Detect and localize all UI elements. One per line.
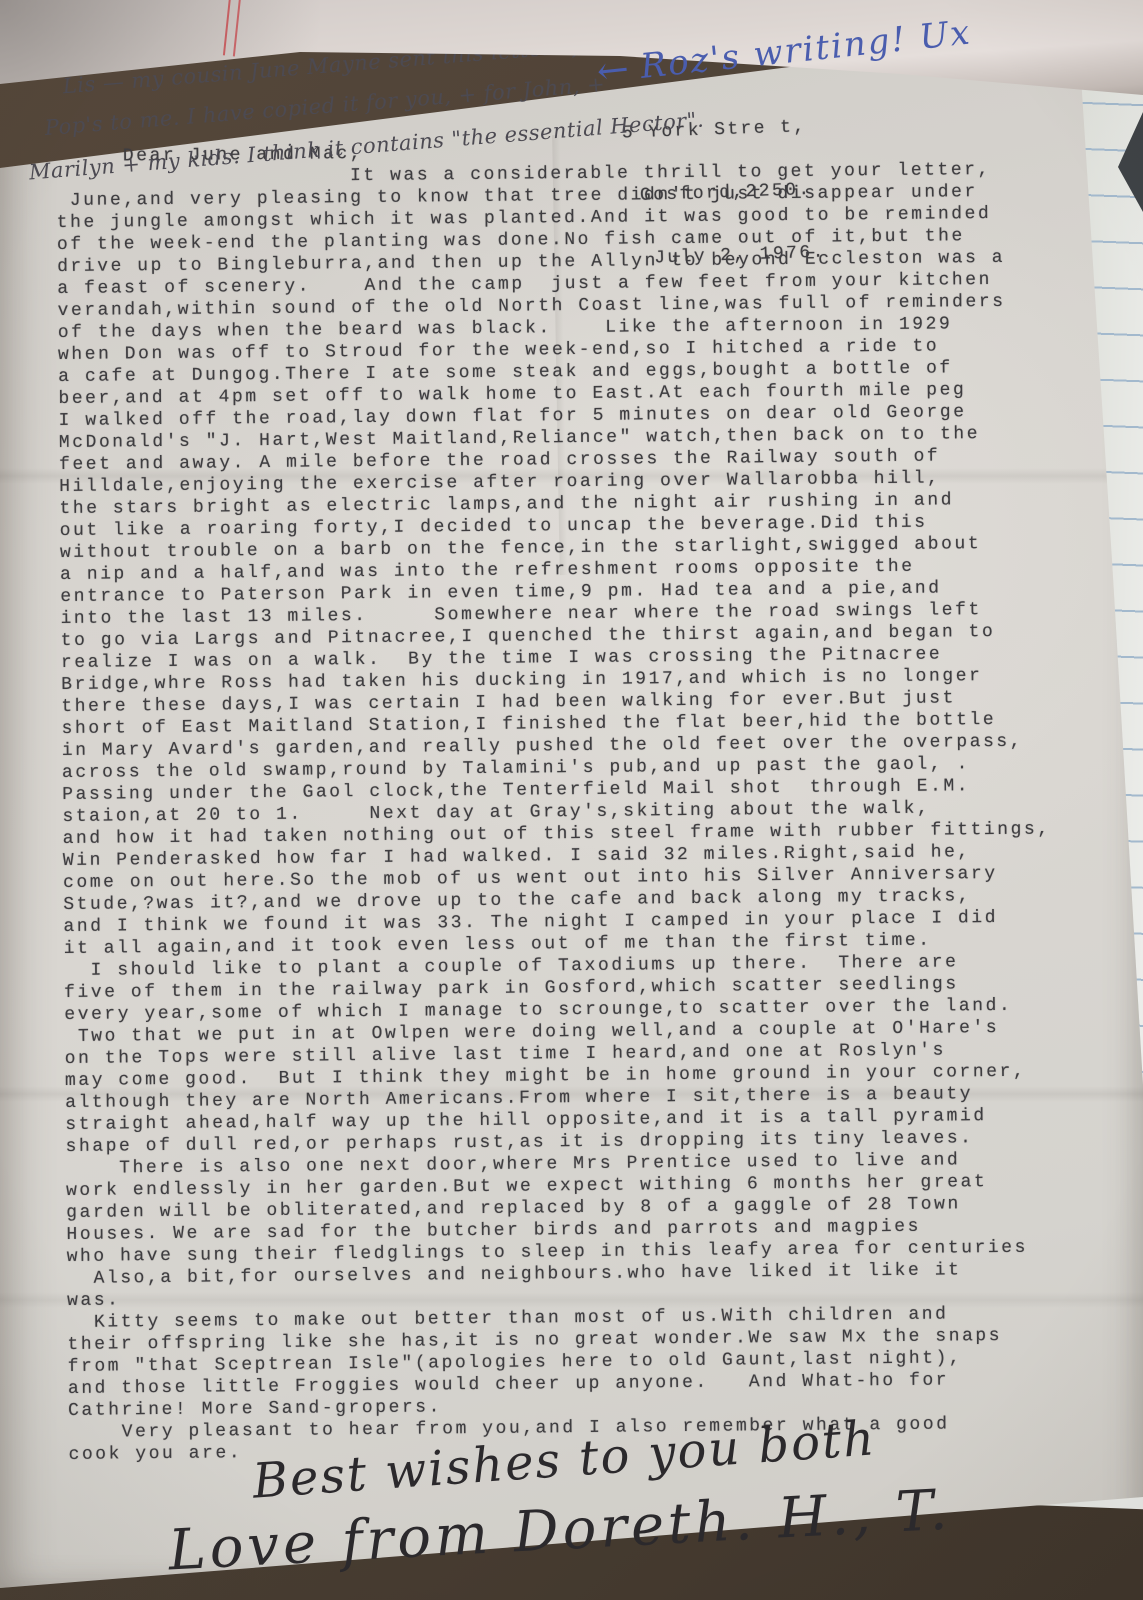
arrow-left-icon: ←	[595, 46, 633, 93]
photo-of-letter: 5 York Stre t, Gosford,2250. July 2, 197…	[0, 0, 1143, 1600]
letter-body: Dear June and Mac, It was a considerable…	[56, 137, 1057, 1466]
notebook-margin-line	[223, 0, 241, 56]
